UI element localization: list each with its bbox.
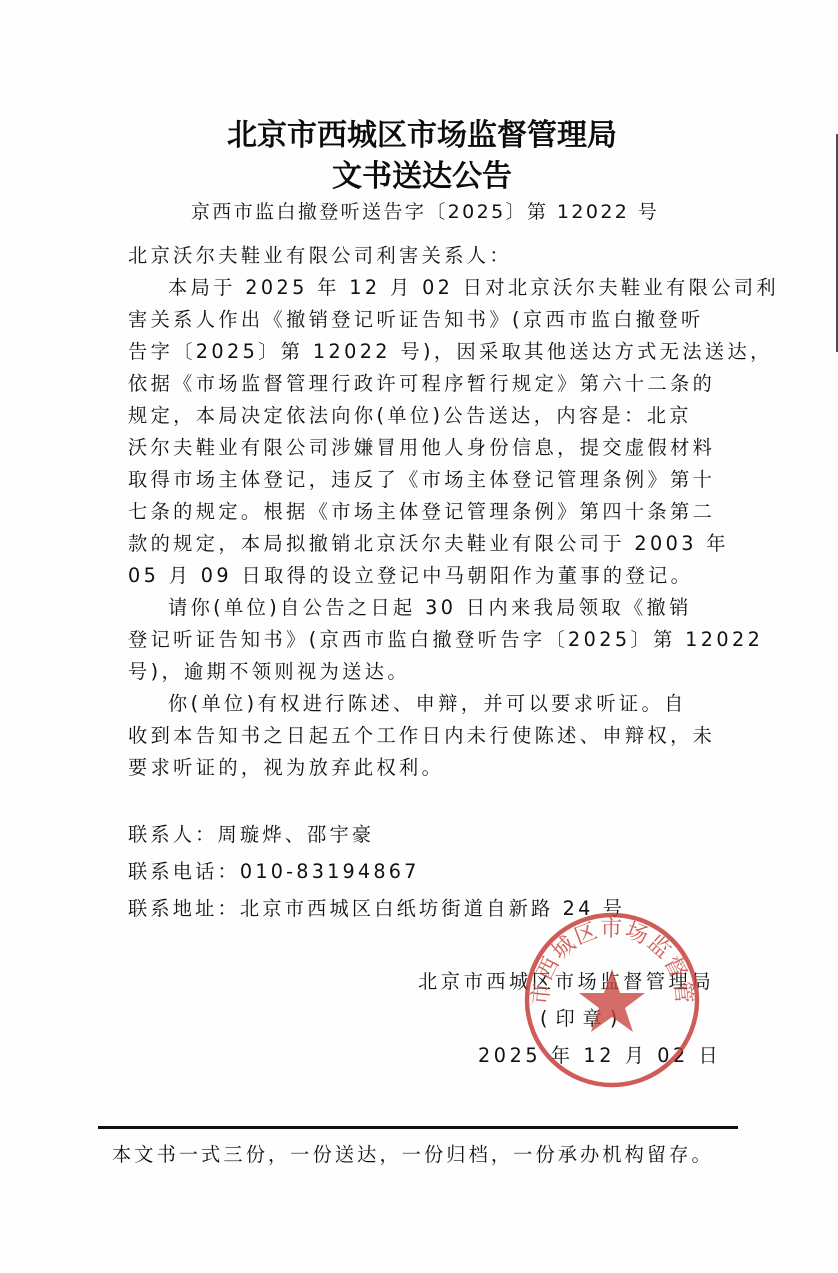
document-page: 北京市西城区市场监督管理局 文书送达公告 京西市监白撤登听送告字〔2025〕第 …: [0, 0, 838, 1273]
document-title: 文书送达公告: [3, 151, 838, 195]
paragraph3-line: 你(单位)有权进行陈述、申辩，并可以要求听证。自: [128, 688, 718, 720]
paragraph1-line: 害关系人作出《撤销登记听证告知书》(京西市监白撤登听: [128, 304, 718, 336]
paragraph1-line: 05 月 09 日取得的设立登记中马朝阳作为董事的登记。: [128, 560, 718, 592]
paragraph2-line: 号)，逾期不领则视为送达。: [128, 656, 718, 688]
contact-address: 联系地址：北京市西城区白纸坊街道自新路 24 号: [128, 894, 625, 921]
paragraph2-line: 登记听证告知书》(京西市监白撤登听告字〔2025〕第 12022: [128, 624, 718, 656]
signing-date: 2025 年 12 月 02 日: [478, 1041, 721, 1068]
contact-person: 联系人：周璇烨、邵宇豪: [128, 820, 374, 847]
footer-divider: [98, 1126, 738, 1129]
paragraph1-line: 本局于 2025 年 12 月 02 日对北京沃尔夫鞋业有限公司利: [128, 272, 718, 304]
paragraph1-line: 规定，本局决定依法向你(单位)公告送达，内容是：北京: [128, 400, 718, 432]
paragraph3-line: 收到本告知书之日起五个工作日内未行使陈述、申辩权，未: [128, 720, 718, 752]
paragraph1-line: 取得市场主体登记，违反了《市场主体登记管理条例》第十: [128, 464, 718, 496]
document-number: 京西市监白撤登听送告字〔2025〕第 12022 号: [0, 197, 838, 224]
paragraph1-line: 七条的规定。根据《市场主体登记管理条例》第四十条第二: [128, 496, 718, 528]
paragraph2-line: 请你(单位)自公告之日起 30 日内来我局领取《撤销: [128, 592, 718, 624]
paragraph1-line: 款的规定，本局拟撤销北京沃尔夫鞋业有限公司于 2003 年: [128, 528, 718, 560]
salutation: 北京沃尔夫鞋业有限公司利害关系人：: [128, 240, 718, 272]
paragraph1-line: 告字〔2025〕第 12022 号)，因采取其他送达方式无法送达，: [128, 336, 718, 368]
agency-title: 北京市西城区市场监督管理局: [3, 110, 838, 154]
seal-label: (印章): [540, 1004, 625, 1031]
paragraph3-line: 要求听证的，视为放弃此权利。: [128, 752, 718, 784]
paragraph1-line: 沃尔夫鞋业有限公司涉嫌冒用他人身份信息，提交虚假材料: [128, 432, 718, 464]
signing-agency: 北京市西城区市场监督管理局: [418, 967, 714, 994]
contact-phone: 联系电话：010-83194867: [128, 857, 420, 884]
notice-body: 北京沃尔夫鞋业有限公司利害关系人： 本局于 2025 年 12 月 02 日对北…: [128, 240, 718, 784]
paragraph1-line: 依据《市场监督管理行政许可程序暂行规定》第六十二条的: [128, 368, 718, 400]
footer-note: 本文书一式三份，一份送达，一份归档，一份承办机构留存。: [112, 1140, 714, 1167]
